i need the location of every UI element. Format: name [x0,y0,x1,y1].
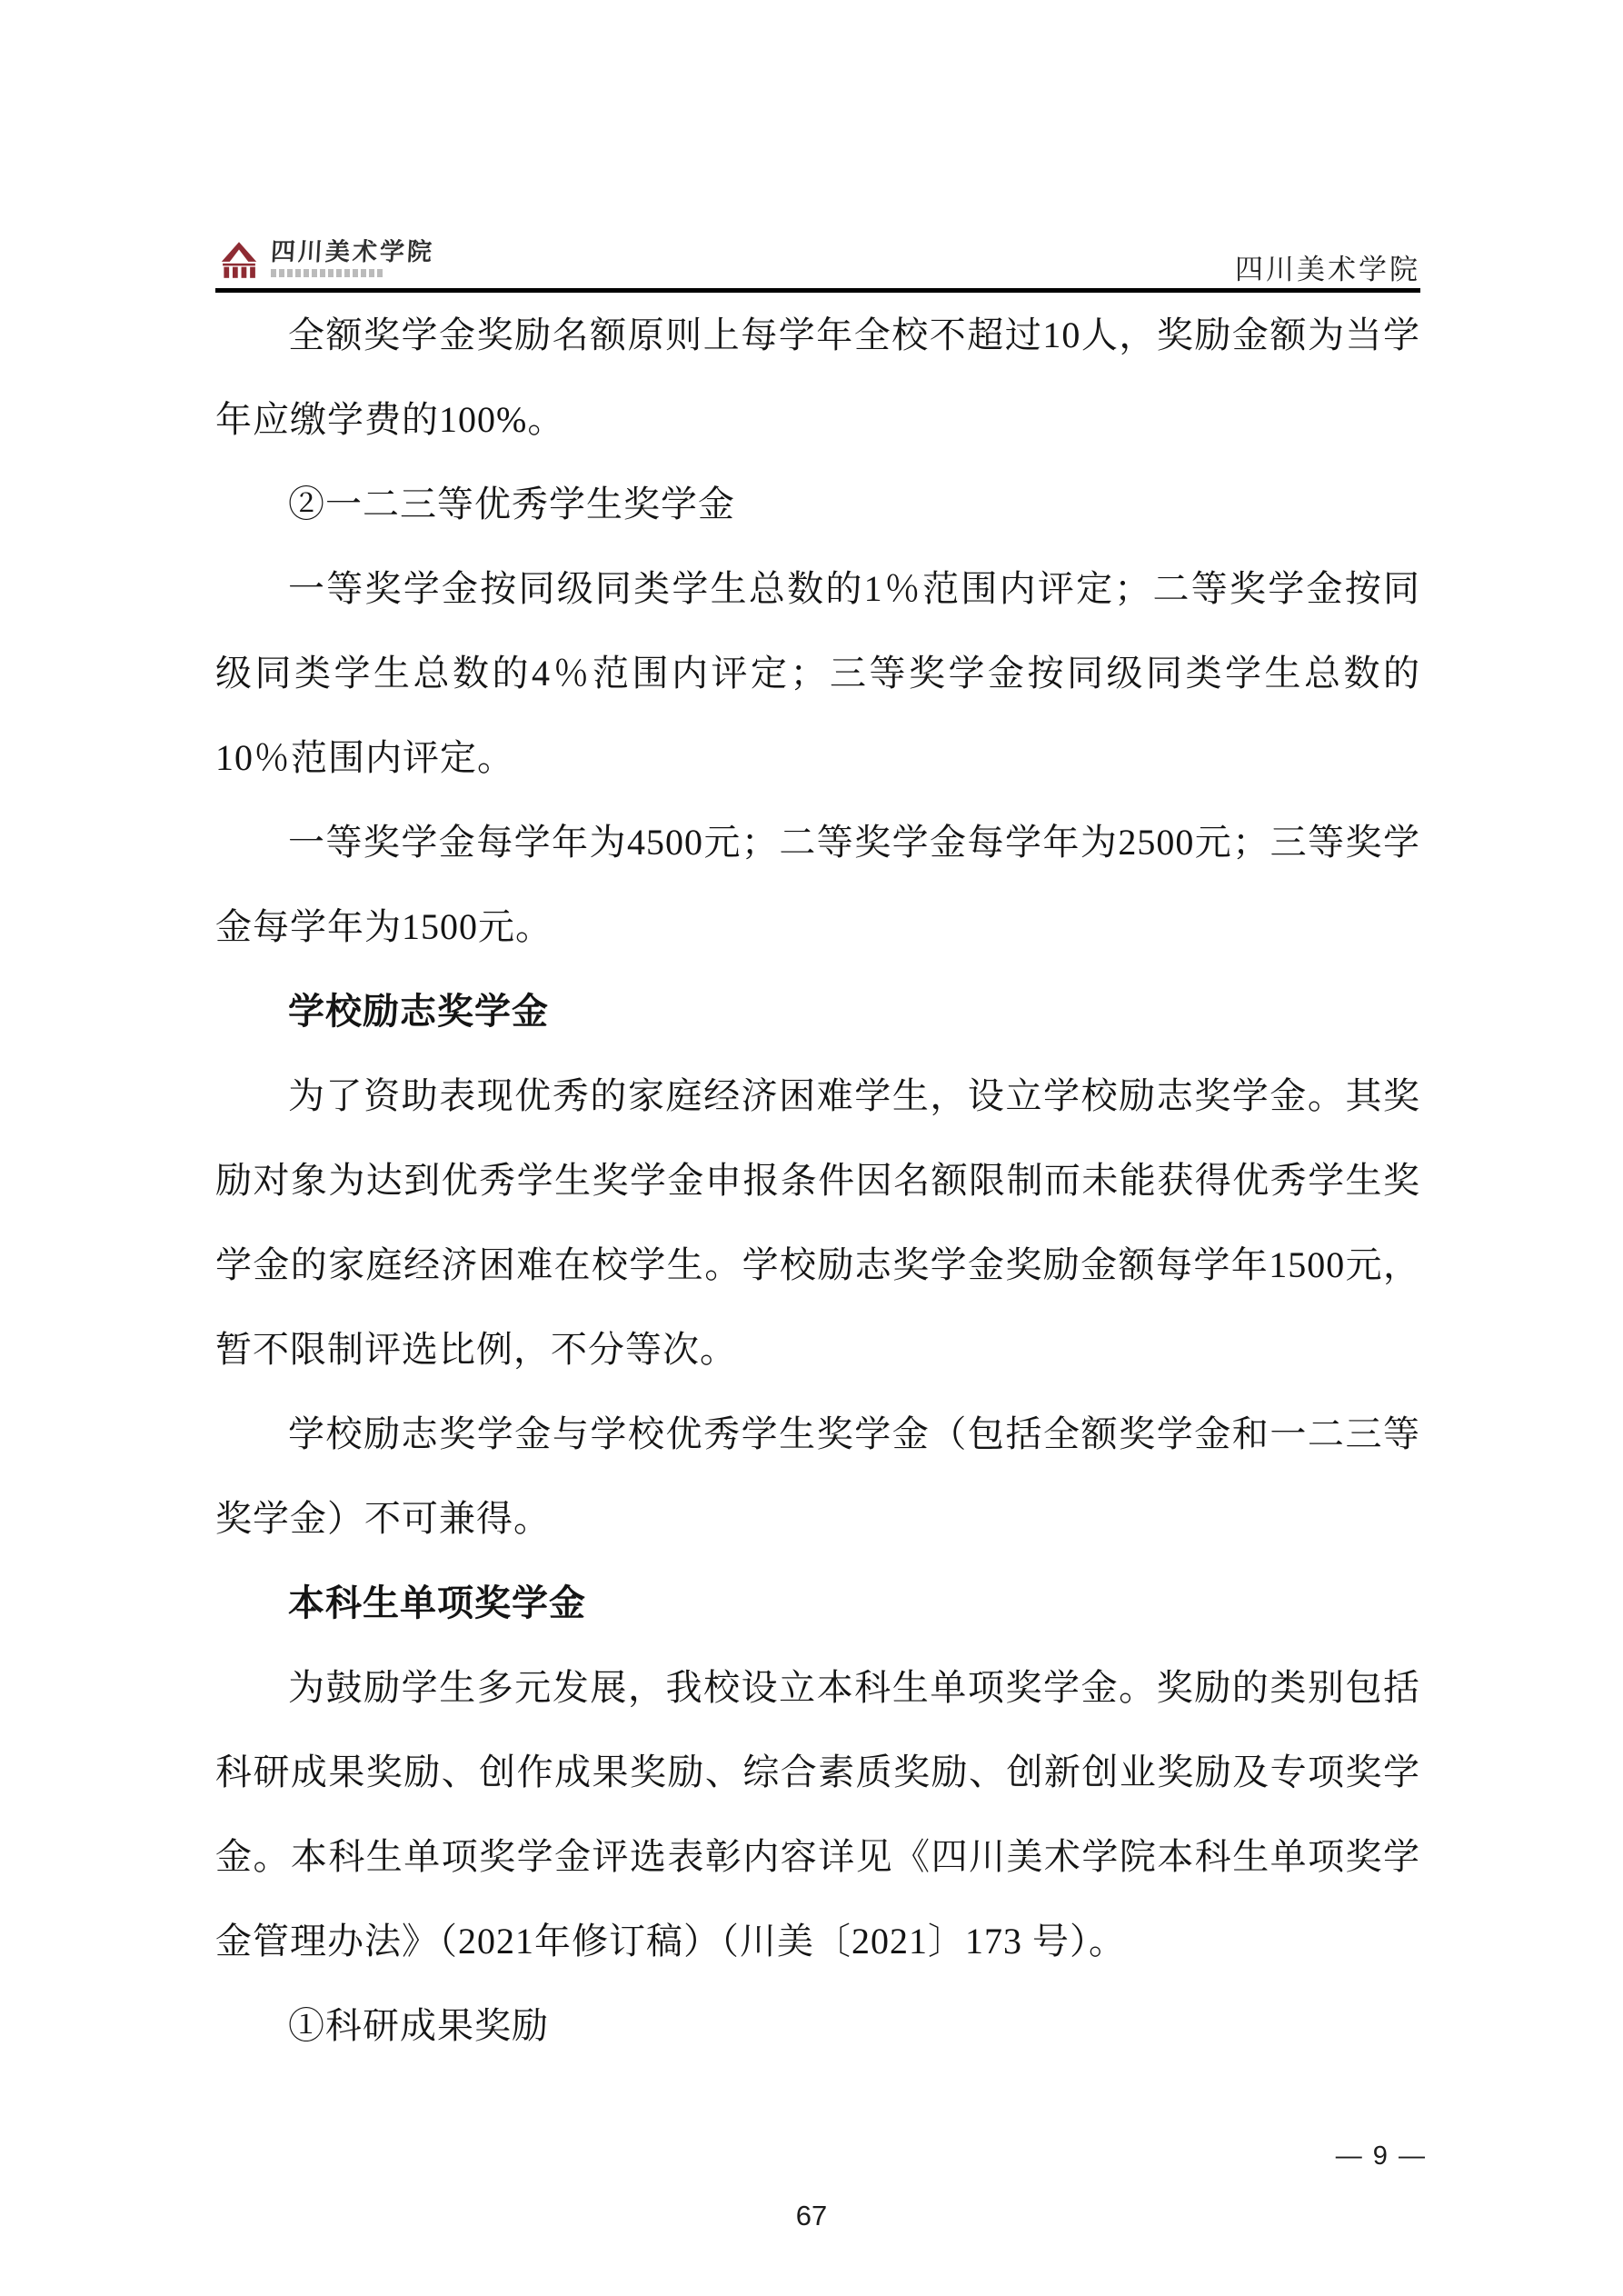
document-body: 全额奖学金奖励名额原则上每学年全校不超过10人，奖励金额为当学年应缴学费的100… [215,293,1420,2068]
section-page-marker: — 9 — [1336,2141,1427,2171]
section-heading: 本科生单项奖学金 [215,1561,1420,1645]
logo-calligraphy-text: 四川美术学院 [270,238,435,265]
institute-gate-icon [218,238,260,282]
page-number: 67 [0,2200,1623,2232]
paragraph: ②一二三等优秀学生奖学金 [215,462,1420,546]
paragraph: 为鼓励学生多元发展，我校设立本科生单项奖学金。奖励的类别包括科研成果奖励、创作成… [215,1645,1420,1983]
paragraph: 全额奖学金奖励名额原则上每学年全校不超过10人，奖励金额为当学年应缴学费的100… [215,293,1420,462]
paragraph: 一等奖学金每学年为4500元；二等奖学金每学年为2500元；三等奖学金每学年为1… [215,800,1420,969]
paragraph: 一等奖学金按同级同类学生总数的1％范围内评定；二等奖学金按同级同类学生总数的4％… [215,546,1420,800]
institute-logo: 四川美术学院 [218,238,434,282]
section-heading: 学校励志奖学金 [215,969,1420,1053]
header-school-name: 四川美术学院 [1235,246,1420,287]
document-page: 四川美术学院 四川美术学院 全额奖学金奖励名额原则上每学年全校不超过10人，奖励… [0,0,1623,2296]
paragraph: 学校励志奖学金与学校优秀学生奖学金（包括全额奖学金和一二三等奖学金）不可兼得。 [215,1392,1420,1561]
logo-subtext [271,269,385,277]
paragraph: ①科研成果奖励 [215,1983,1420,2068]
logo-text-block: 四川美术学院 [271,238,434,277]
paragraph: 为了资助表现优秀的家庭经济困难学生，设立学校励志奖学金。其奖励对象为达到优秀学生… [215,1053,1420,1392]
